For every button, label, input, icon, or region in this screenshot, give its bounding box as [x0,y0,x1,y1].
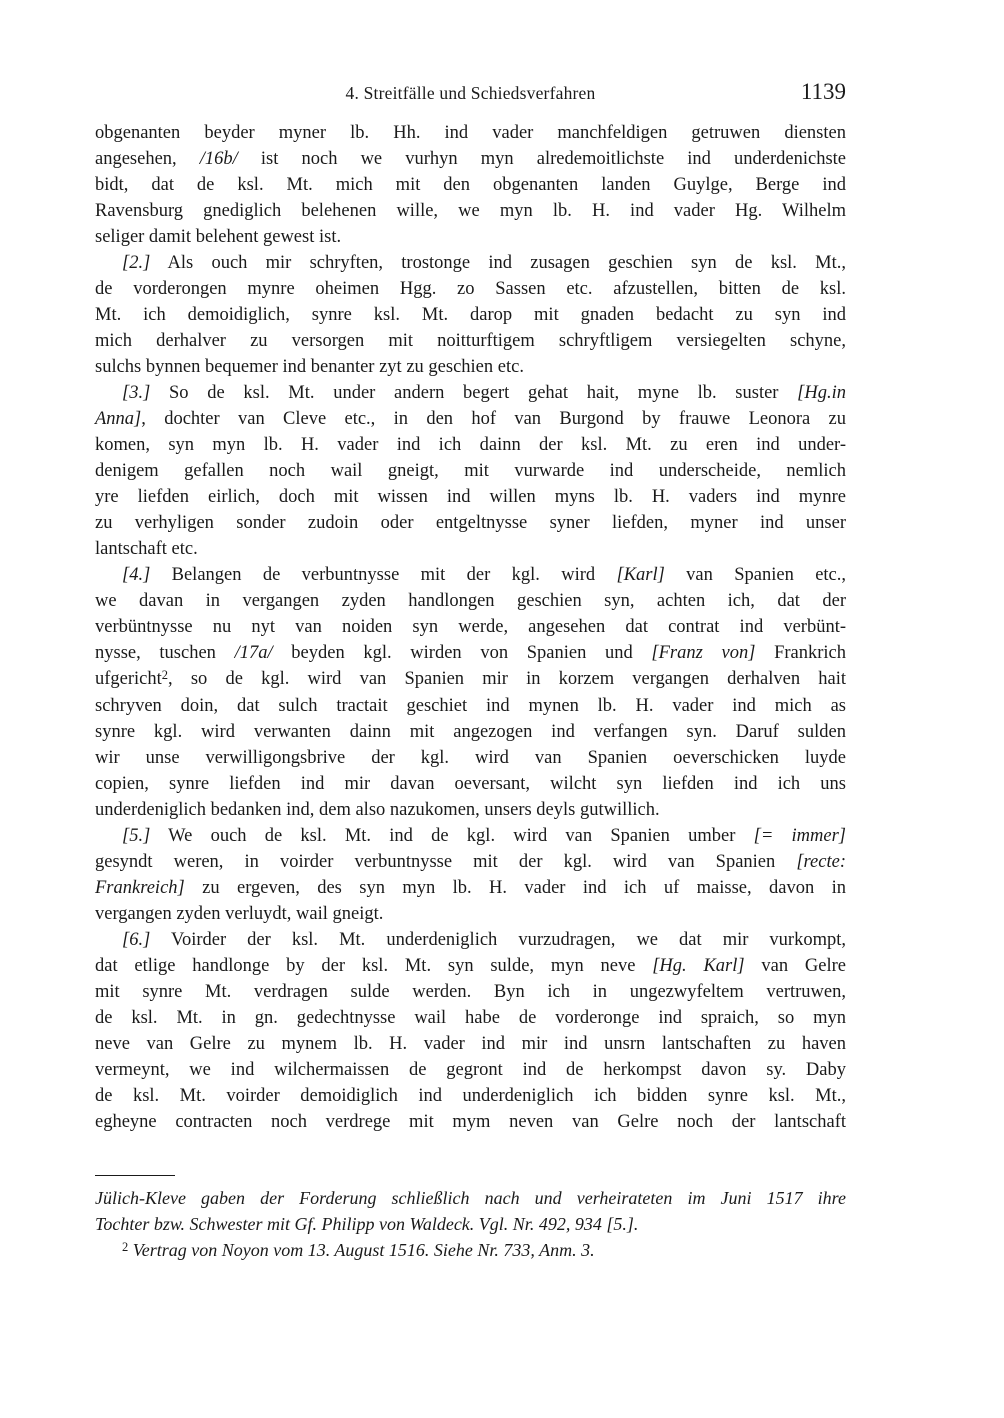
editorial-insertion: Vertrag von Noyon vom 13. August 1516. S… [128,1240,594,1260]
text-segment: So de ksl. Mt. under andern begert gehat… [150,383,797,403]
text-segment: de ksl. Mt. in gn. gedechtnysse wail hab… [95,1008,846,1028]
editorial-insertion: [6.] [122,930,150,950]
text-line: nysse, tuschen /17a/ beyden kgl. wirden … [95,640,846,666]
text-segment: van Spanien etc., [665,565,846,585]
text-line: we davan in vergangen zyden handlongen g… [95,588,846,614]
text-segment: schryven doin, dat sulch tractait geschi… [95,696,846,716]
text-segment: we davan in vergangen zyden handlongen g… [95,591,846,611]
editorial-insertion: Anna] [95,409,141,429]
text-segment: mich derhalver zu versorgen mit noitturf… [95,331,846,351]
text-line: denigem gefallen noch wail gneigt, mit v… [95,458,846,484]
editorial-insertion: [Franz von] [651,643,755,663]
text-line: copien, synre liefden ind mir davan oeve… [95,771,846,797]
editorial-insertion: /16b/ [200,149,238,169]
text-segment: underdeniglich bedanken ind, dem also na… [95,800,660,820]
text-segment: ufgericht [95,669,162,689]
text-segment: Frankrich [755,643,846,663]
text-segment: verbüntnysse nu nyt van noiden syn werde… [95,617,846,637]
text-line: 2 Vertrag von Noyon vom 13. August 1516.… [95,1237,846,1265]
text-segment: neve van Gelre zu mynem lb. H. vader ind… [95,1034,846,1054]
text-line: ufgericht2, so de kgl. wird van Spanien … [95,666,846,693]
text-line: mich derhalver zu versorgen mit noitturf… [95,328,846,354]
text-line: synre kgl. wird verwanten dainn mit ange… [95,719,846,745]
text-segment: yre liefden eirlich, doch mit wissen ind… [95,487,846,507]
text-line: komen, syn myn lb. H. vader ind ich dain… [95,432,846,458]
text-line: Mt. ich demoidiglich, synre ksl. Mt. dar… [95,302,846,328]
text-segment: gesyndt weren, in voirder verbuntnysse m… [95,852,796,872]
text-segment: nysse, tuschen [95,643,235,663]
text-segment: Belangen de verbuntnysse mit der kgl. wi… [150,565,616,585]
text-line: Ravensburg gnediglich belehenen wille, w… [95,198,846,224]
editorial-insertion: Tochter bzw. Schwester mit Gf. Philipp v… [95,1214,638,1234]
text-line: [3.] So de ksl. Mt. under andern begert … [95,380,846,406]
running-title: 4. Streitfälle und Schiedsverfahren [346,83,596,103]
text-line: Frankreich] zu ergeven, des syn myn lb. … [95,875,846,901]
editorial-insertion: [4.] [122,565,150,585]
text-line: gesyndt weren, in voirder verbuntnysse m… [95,849,846,875]
body-paragraph: [5.] We ouch de ksl. Mt. ind de kgl. wir… [95,823,846,927]
text-line: vergangen zyden verluydt, wail gneigt. [95,901,846,927]
text-line: egheyne contracten noch verdrege mit mym… [95,1109,846,1135]
text-line: [5.] We ouch de ksl. Mt. ind de kgl. wir… [95,823,846,849]
text-segment: Ravensburg gnediglich belehenen wille, w… [95,201,846,221]
text-segment: sulchs bynnen bequemer ind benanter zyt … [95,357,524,377]
text-segment: denigem gefallen noch wail gneigt, mit v… [95,461,846,481]
page-number: 1139 [801,79,846,105]
editorial-insertion: /17a/ [235,643,273,663]
body-paragraph: [4.] Belangen de verbuntnysse mit der kg… [95,562,846,823]
text-line: wir unse verwilligongsbrive der kgl. wir… [95,745,846,771]
body-paragraph: [2.] Als ouch mir schryften, trostonge i… [95,250,846,380]
editorial-insertion: [2.] [122,253,150,273]
text-line: Tochter bzw. Schwester mit Gf. Philipp v… [95,1211,846,1237]
text-segment: de ksl. Mt. voirder demoidiglich ind und… [95,1086,846,1106]
editorial-insertion: [recte: [796,852,846,872]
text-segment: vermeynt, we ind wilchermaissen de gegro… [95,1060,846,1080]
text-line: neve van Gelre zu mynem lb. H. vader ind… [95,1031,846,1057]
text-line: [2.] Als ouch mir schryften, trostonge i… [95,250,846,276]
text-segment: vergangen zyden verluydt, wail gneigt. [95,904,383,924]
footnote-marker: 2 [122,1240,128,1254]
text-line: underdeniglich bedanken ind, dem also na… [95,797,846,823]
text-segment: copien, synre liefden ind mir davan oeve… [95,774,846,794]
editorial-insertion: Jülich-Kleve gaben der Forderung schließ… [95,1188,846,1208]
text-line: dat etlige handlonge by der ksl. Mt. syn… [95,953,846,979]
text-line: Jülich-Kleve gaben der Forderung schließ… [95,1185,846,1211]
text-segment: komen, syn myn lb. H. vader ind ich dain… [95,435,846,455]
text-segment: ist noch we vurhyn myn alredemoitlichste… [238,149,846,169]
book-page: 4. Streitfälle und Schiedsverfahren 1139… [0,0,1004,1418]
text-segment: lantschaft etc. [95,539,198,559]
editorial-insertion: [Karl] [617,565,665,585]
footnote-marker: 2 [162,668,168,682]
text-line: de ksl. Mt. in gn. gedechtnysse wail hab… [95,1005,846,1031]
text-segment: dat etlige handlonge by der ksl. Mt. syn… [95,956,652,976]
text-line: [4.] Belangen de verbuntnysse mit der kg… [95,562,846,588]
text-line: zu verhyligen sonder zudoin oder entgelt… [95,510,846,536]
text-line: schryven doin, dat sulch tractait geschi… [95,693,846,719]
text-segment: Voirder der ksl. Mt. underdeniglich vurz… [150,930,846,950]
text-segment: Als ouch mir schryften, trostonge ind zu… [150,253,846,273]
footnote-separator [95,1175,175,1176]
text-segment: , so de kgl. wird van Spanien mir in kor… [168,669,846,689]
body-paragraph: [6.] Voirder der ksl. Mt. underdeniglich… [95,927,846,1135]
editorial-insertion: [Hg.in [797,383,846,403]
footnote-text: Jülich-Kleve gaben der Forderung schließ… [95,1185,846,1265]
body-paragraph: [3.] So de ksl. Mt. under andern begert … [95,380,846,562]
editorial-insertion: Frankreich] [95,878,185,898]
text-line: lantschaft etc. [95,536,846,562]
text-segment: mit synre Mt. verdragen sulde werden. By… [95,982,846,1002]
text-line: angesehen, /16b/ ist noch we vurhyn myn … [95,146,846,172]
text-segment: angesehen, [95,149,200,169]
text-line: bidt, dat de ksl. Mt. mich mit den obgen… [95,172,846,198]
text-segment: , dochter van Cleve etc., in den hof van… [141,409,846,429]
editorial-insertion: [Hg. Karl] [652,956,744,976]
editorial-insertion: [5.] [122,826,150,846]
text-segment: van Gelre [745,956,846,976]
text-line: mit synre Mt. verdragen sulde werden. By… [95,979,846,1005]
footnotes: Jülich-Kleve gaben der Forderung schließ… [95,1175,846,1265]
text-segment: bidt, dat de ksl. Mt. mich mit den obgen… [95,175,846,195]
text-segment: de vorderongen mynre oheimen Hgg. zo Sas… [95,279,846,299]
text-segment: synre kgl. wird verwanten dainn mit ange… [95,722,846,742]
text-segment: beyden kgl. wirden von Spanien und [273,643,652,663]
page-header: 4. Streitfälle und Schiedsverfahren 1139 [95,80,846,106]
footnote-item: Jülich-Kleve gaben der Forderung schließ… [95,1185,846,1237]
text-line: yre liefden eirlich, doch mit wissen ind… [95,484,846,510]
text-line: seliger damit belehent gewest ist. [95,224,846,250]
text-segment: egheyne contracten noch verdrege mit mym… [95,1112,846,1132]
editorial-insertion: [3.] [122,383,150,403]
text-segment: zu ergeven, des syn myn lb. H. vader ind… [185,878,846,898]
text-line: verbüntnysse nu nyt van noiden syn werde… [95,614,846,640]
text-segment: We ouch de ksl. Mt. ind de kgl. wird van… [150,826,753,846]
text-line: vermeynt, we ind wilchermaissen de gegro… [95,1057,846,1083]
body-paragraph: obgenanten beyder myner lb. Hh. ind vade… [95,120,846,250]
text-line: de vorderongen mynre oheimen Hgg. zo Sas… [95,276,846,302]
text-line: obgenanten beyder myner lb. Hh. ind vade… [95,120,846,146]
text-segment: seliger damit belehent gewest ist. [95,227,341,247]
text-segment: obgenanten beyder myner lb. Hh. ind vade… [95,123,846,143]
text-segment: Mt. ich demoidiglich, synre ksl. Mt. dar… [95,305,846,325]
footnote-item: 2 Vertrag von Noyon vom 13. August 1516.… [95,1237,846,1265]
editorial-insertion: [= immer] [754,826,846,846]
text-line: [6.] Voirder der ksl. Mt. underdeniglich… [95,927,846,953]
text-line: sulchs bynnen bequemer ind benanter zyt … [95,354,846,380]
text-line: de ksl. Mt. voirder demoidiglich ind und… [95,1083,846,1109]
text-segment: zu verhyligen sonder zudoin oder entgelt… [95,513,846,533]
text-segment: wir unse verwilligongsbrive der kgl. wir… [95,748,846,768]
text-line: Anna], dochter van Cleve etc., in den ho… [95,406,846,432]
body-text: obgenanten beyder myner lb. Hh. ind vade… [95,120,846,1135]
